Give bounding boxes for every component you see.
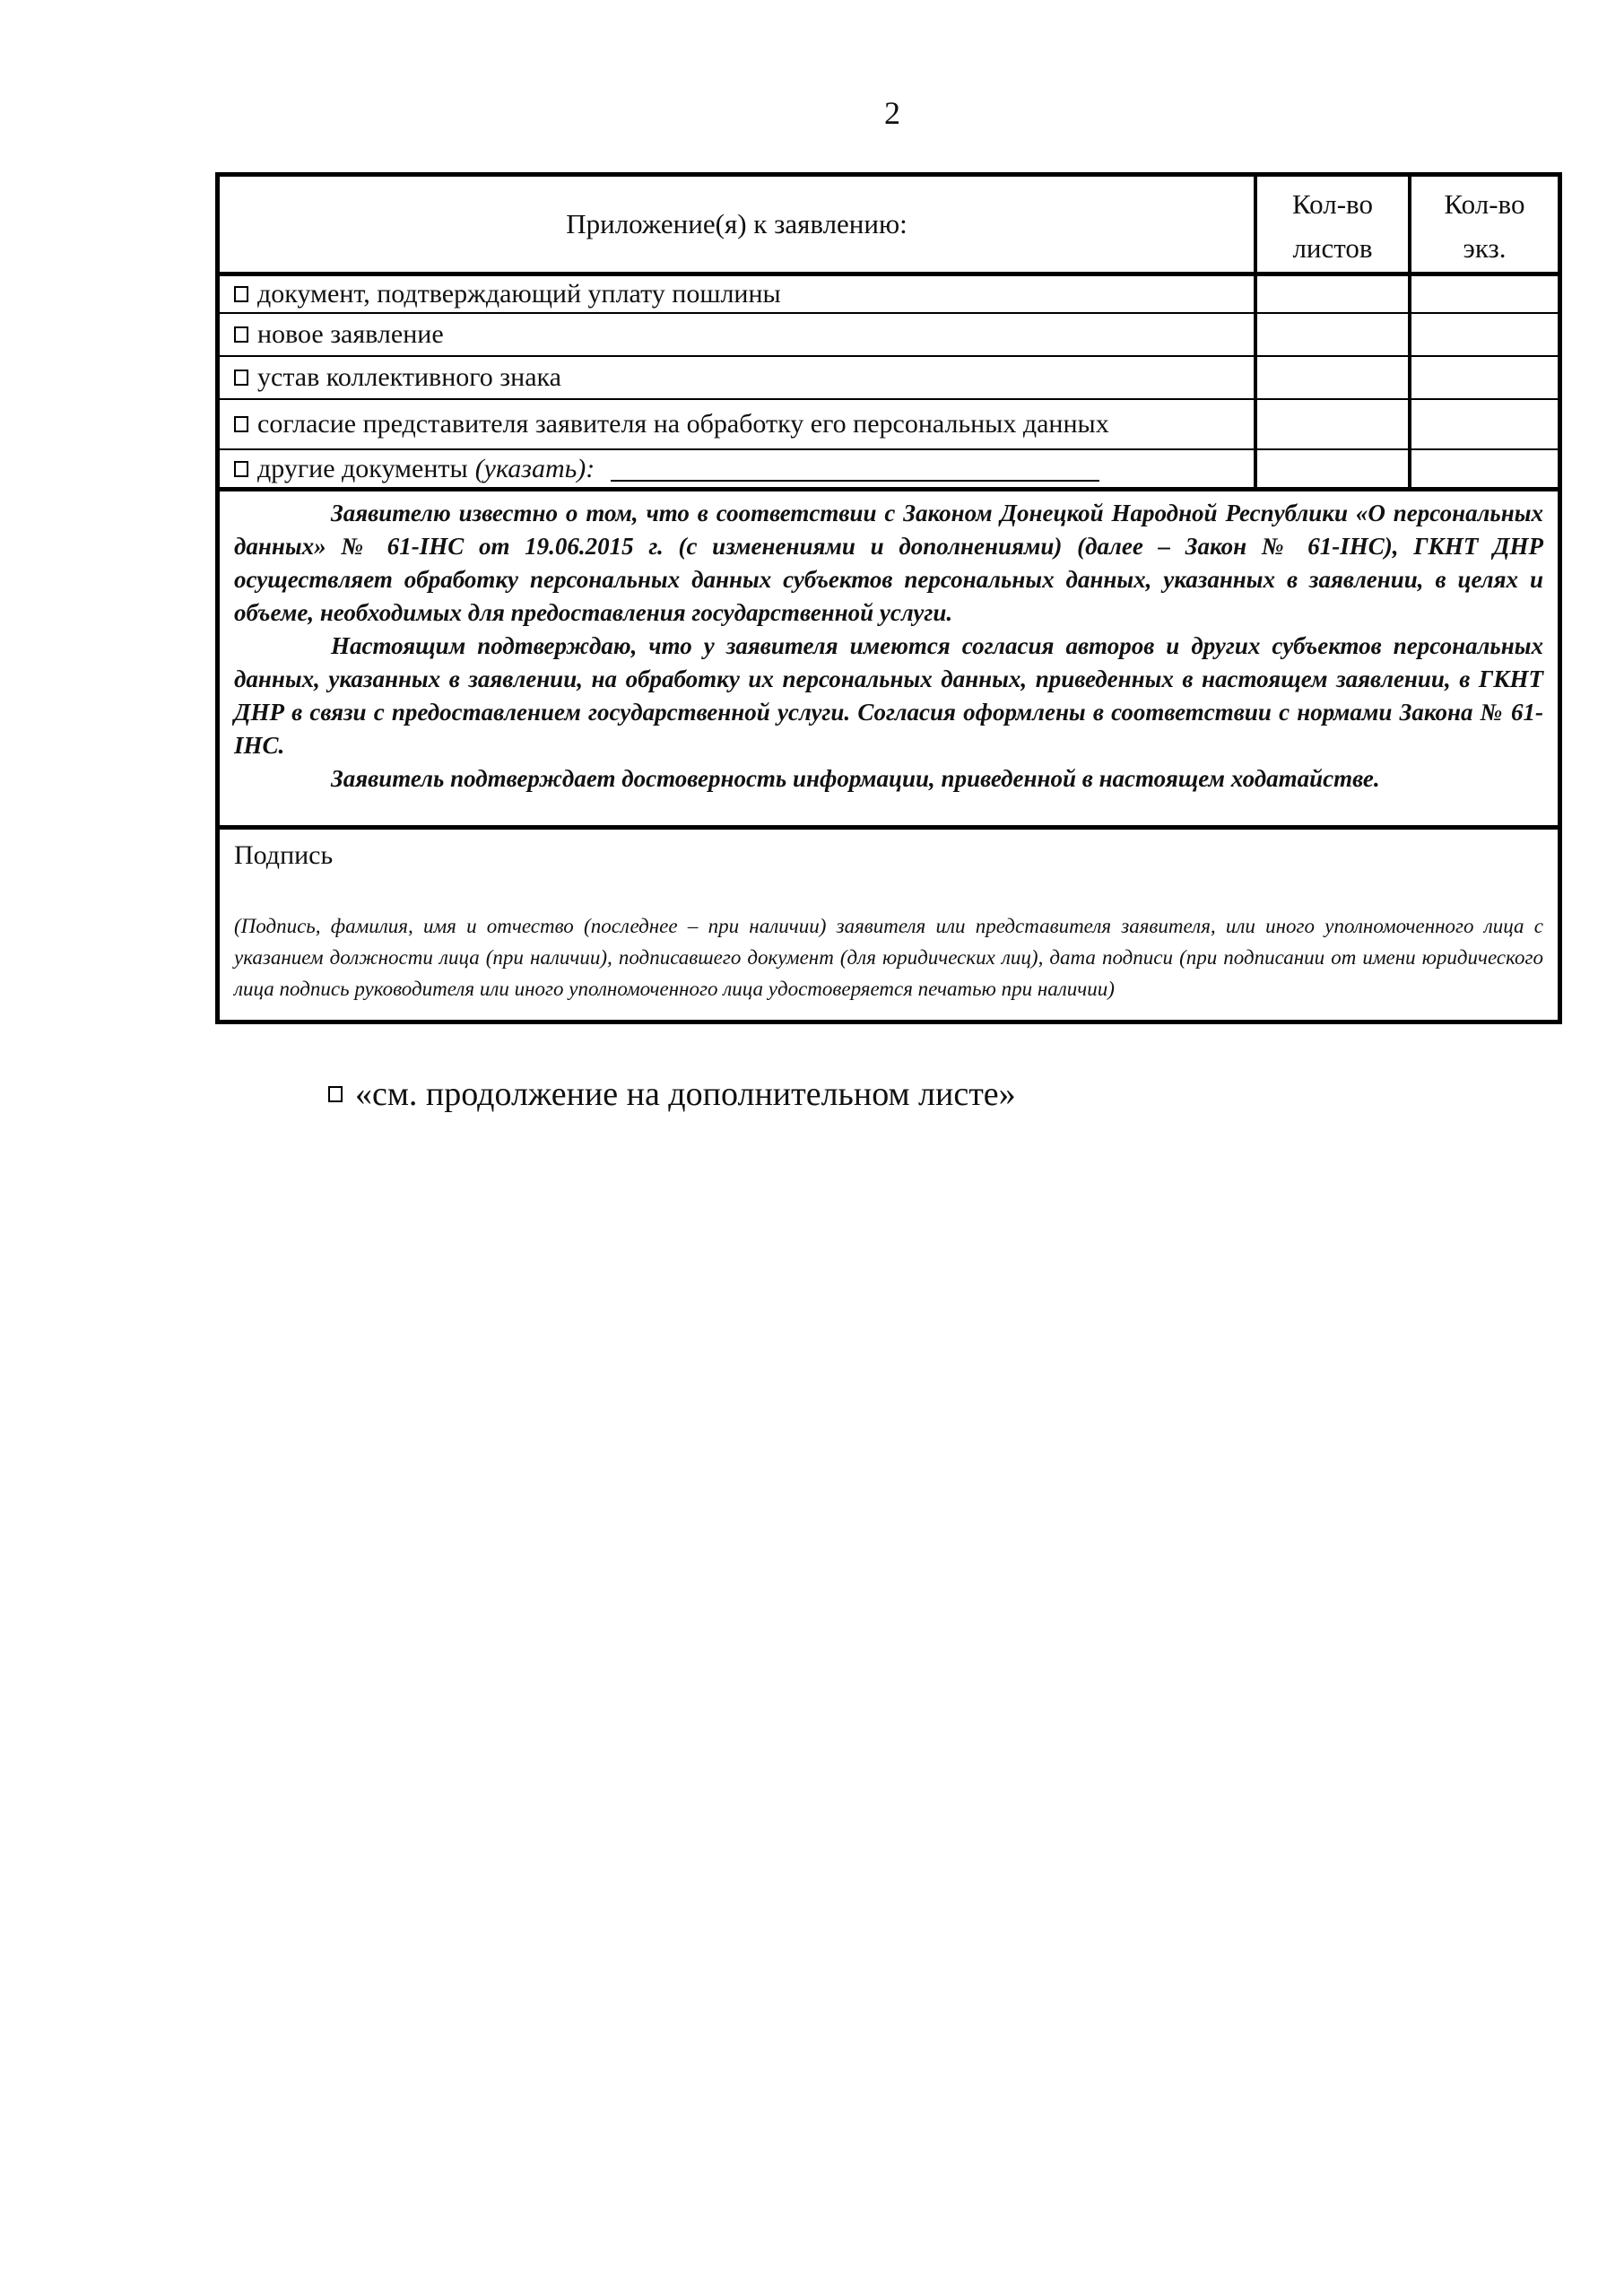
attachment-label: новое заявление bbox=[257, 319, 444, 350]
copies-header-line2: экз. bbox=[1411, 226, 1558, 270]
copies-count-field[interactable] bbox=[1411, 450, 1558, 487]
attachment-row: документ, подтверждающий уплату пошлины bbox=[220, 276, 1558, 314]
attachment-row: согласие представителя заявителя на обра… bbox=[220, 400, 1558, 450]
attachment-row: другие документы (указать): bbox=[220, 450, 1558, 491]
attachment-label: другие документы bbox=[257, 454, 468, 484]
attachment-checkbox-other[interactable] bbox=[234, 461, 248, 477]
sheets-header-line1: Кол-во bbox=[1257, 182, 1408, 226]
attachment-checkbox-payment[interactable] bbox=[234, 286, 248, 302]
copies-count-field[interactable] bbox=[1411, 276, 1558, 312]
attachments-header-row: Приложение(я) к заявлению: Кол-во листов… bbox=[220, 177, 1558, 276]
attachment-row: устав коллективного знака bbox=[220, 357, 1558, 400]
attachment-label: согласие представителя заявителя на обра… bbox=[257, 409, 1109, 439]
signature-block: Подпись (Подпись, фамилия, имя и отчеств… bbox=[220, 830, 1558, 1020]
attachment-label: документ, подтверждающий уплату пошлины bbox=[257, 279, 781, 309]
attachment-hint: (указать): bbox=[475, 454, 595, 484]
sheets-count-field[interactable] bbox=[1257, 400, 1411, 448]
sheets-count-field[interactable] bbox=[1257, 357, 1411, 398]
consent-paragraph: Заявителю известно о том, что в соответс… bbox=[234, 497, 1543, 630]
attachments-title: Приложение(я) к заявлению: bbox=[220, 177, 1254, 272]
continuation-option: «см. продолжение на дополнительном листе… bbox=[328, 1074, 1016, 1114]
consent-block: Заявителю известно о том, что в соответс… bbox=[220, 491, 1558, 830]
copies-count-header: Кол-во экз. bbox=[1411, 177, 1558, 272]
attachments-form-table: Приложение(я) к заявлению: Кол-во листов… bbox=[215, 172, 1562, 1024]
sheets-count-field[interactable] bbox=[1257, 276, 1411, 312]
other-documents-input[interactable] bbox=[611, 457, 1099, 482]
attachment-checkbox-charter[interactable] bbox=[234, 370, 248, 386]
continuation-checkbox[interactable] bbox=[328, 1086, 343, 1102]
attachment-checkbox-consent[interactable] bbox=[234, 416, 248, 432]
attachment-checkbox-new-application[interactable] bbox=[234, 326, 248, 343]
continuation-label: «см. продолжение на дополнительном листе… bbox=[355, 1074, 1016, 1114]
attachment-row: новое заявление bbox=[220, 314, 1558, 357]
sheets-count-field[interactable] bbox=[1257, 450, 1411, 487]
consent-paragraph: Настоящим подтверждаю, что у заявителя и… bbox=[234, 630, 1543, 762]
copies-count-field[interactable] bbox=[1411, 314, 1558, 355]
attachments-header-cell: Приложение(я) к заявлению: bbox=[220, 177, 1257, 272]
page-number: 2 bbox=[0, 95, 1624, 131]
copies-count-field[interactable] bbox=[1411, 357, 1558, 398]
copies-count-field[interactable] bbox=[1411, 400, 1558, 448]
sheets-count-header: Кол-во листов bbox=[1257, 177, 1411, 272]
signature-note: (Подпись, фамилия, имя и отчество (после… bbox=[234, 910, 1543, 1004]
sheets-count-field[interactable] bbox=[1257, 314, 1411, 355]
copies-header-line1: Кол-во bbox=[1411, 182, 1558, 226]
sheets-header-line2: листов bbox=[1257, 226, 1408, 270]
signature-label: Подпись bbox=[234, 840, 333, 871]
attachment-label: устав коллективного знака bbox=[257, 362, 561, 393]
consent-paragraph: Заявитель подтверждает достоверность инф… bbox=[234, 762, 1543, 796]
